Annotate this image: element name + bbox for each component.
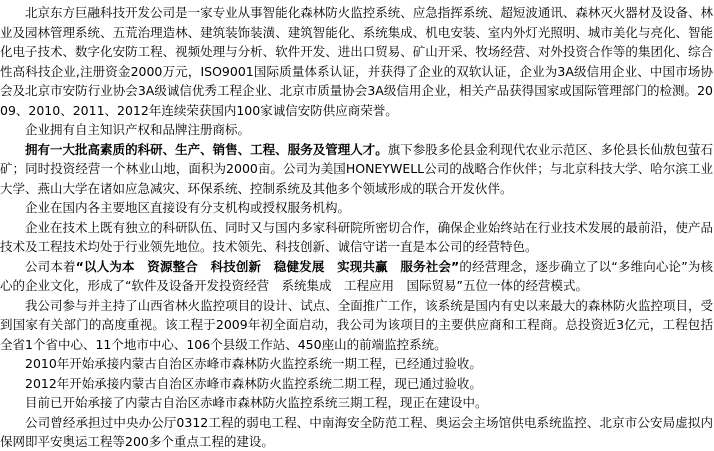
bold-text-run: 拥有一大批高素质的科研、生产、销售、工程、服务及管理人才。 (25, 142, 388, 157)
text-run: 我公司参与并主持了山西省林火监控项目的设计、试点、全面推广工作，该系统是国内有史… (0, 298, 713, 352)
paragraph: 企业在国内各主要地区直接设有分支机构或授权服务机构。 (0, 198, 713, 218)
paragraph: 企业拥有自主知识产权和品牌注册商标。 (0, 120, 713, 140)
text-run: 公司曾经承担过中央办公厅0312工程的弱电工程、中南海安全防范工程、奥运会主场馆… (0, 415, 713, 450)
text-run: 北京东方巨融科技开发公司是一家专业从事智能化森林防火监控系统、应急指挥系统、超短… (0, 5, 713, 118)
paragraph: 企业在技术上既有独立的科研队伍、同时又与国内多家科研院所密切合作，确保企业始终站… (0, 218, 713, 257)
paragraph: 公司曾经承担过中央办公厅0312工程的弱电工程、中南海安全防范工程、奥运会主场馆… (0, 413, 713, 451)
paragraph: 2010年开始承接内蒙古自治区赤峰市森林防火监控系统一期工程，已经通过验收。 (0, 354, 713, 374)
text-run: 公司本着 (25, 259, 76, 274)
paragraph: 目前已开始承接了内蒙古自治区赤峰市森林防火监控系统三期工程，现正在建设中。 (0, 393, 713, 413)
paragraph: 2012年开始承接内蒙古自治区赤峰市森林防火监控系统二期工程，现已通过验收。 (0, 374, 713, 394)
text-run: 企业在技术上既有独立的科研队伍、同时又与国内多家科研院所密切合作，确保企业始终站… (0, 220, 713, 255)
bold-text-run: “以人为本 资源整合 科技创新 稳健发展 实现共赢 服务社会” (76, 259, 460, 274)
paragraph: 拥有一大批高素质的科研、生产、销售、工程、服务及管理人才。旗下参股多伦县金利现代… (0, 140, 713, 199)
paragraph: 公司本着“以人为本 资源整合 科技创新 稳健发展 实现共赢 服务社会”的经营理念… (0, 257, 713, 296)
paragraph: 我公司参与并主持了山西省林火监控项目的设计、试点、全面推广工作，该系统是国内有史… (0, 296, 713, 355)
text-run: 企业在国内各主要地区直接设有分支机构或授权服务机构。 (25, 200, 350, 215)
document-page: 北京东方巨融科技开发公司是一家专业从事智能化森林防火监控系统、应急指挥系统、超短… (0, 0, 714, 451)
paragraph: 北京东方巨融科技开发公司是一家专业从事智能化森林防火监控系统、应急指挥系统、超短… (0, 3, 713, 120)
text-run: 2012年开始承接内蒙古自治区赤峰市森林防火监控系统二期工程，现已通过验收。 (25, 376, 482, 391)
text-run: 企业拥有自主知识产权和品牌注册商标。 (25, 122, 250, 137)
text-run: 2010年开始承接内蒙古自治区赤峰市森林防火监控系统一期工程，已经通过验收。 (25, 356, 482, 371)
text-run: 目前已开始承接了内蒙古自治区赤峰市森林防火监控系统三期工程，现正在建设中。 (25, 395, 488, 410)
